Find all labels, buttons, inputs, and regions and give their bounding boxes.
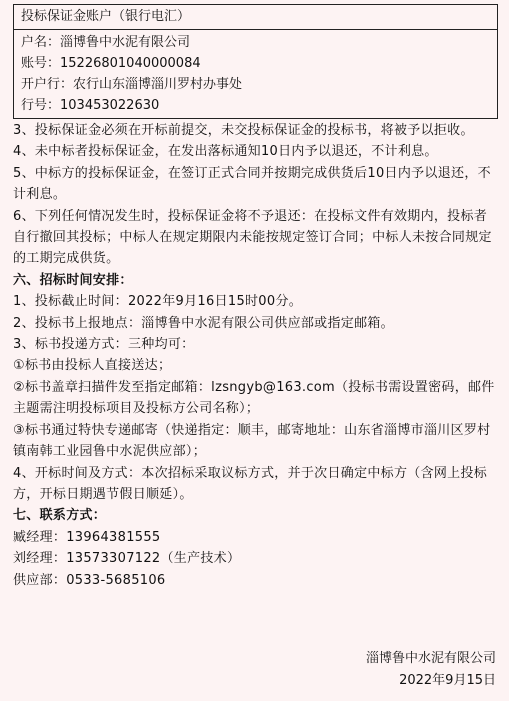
notice-body: 3、投标保证金必须在开标前提交，未交投标保证金的投标书，将被予以拒收。 4、未中… bbox=[13, 120, 498, 591]
delivery-method-3: ③标书通过特快专递邮寄（快递指定：顺丰，邮寄地址：山东省淄博市淄川区罗村镇南韩工… bbox=[13, 420, 498, 463]
schedule-delivery-methods: 3、标书投递方式：三种均可： bbox=[13, 334, 498, 355]
signature-block: 淄博鲁中水泥有限公司 2022年9月15日 bbox=[366, 648, 496, 692]
signature-company: 淄博鲁中水泥有限公司 bbox=[366, 648, 496, 670]
account-bank-row: 开户行：农行山东淄博淄川罗村办事处 bbox=[21, 74, 497, 95]
deposit-rule-3: 3、投标保证金必须在开标前提交，未交投标保证金的投标书，将被予以拒收。 bbox=[13, 120, 498, 141]
contact-supply-dept: 供应部：0533-5685106 bbox=[13, 570, 498, 591]
schedule-deadline: 1、投标截止时间：2022年9月16日15时00分。 bbox=[13, 291, 498, 312]
deposit-rule-4: 4、未中标者投标保证金，在发出落标通知10日内予以退还，不计利息。 bbox=[13, 141, 498, 162]
contact-zang: 臧经理：13964381555 bbox=[13, 527, 498, 548]
account-number-row: 账号：15226801040000084 bbox=[21, 53, 497, 74]
schedule-location: 2、投标书上报地点：淄博鲁中水泥有限公司供应部或指定邮箱。 bbox=[13, 313, 498, 334]
account-table-header: 投标保证金账户（银行电汇） bbox=[14, 5, 497, 30]
account-bank-code-row: 行号：103453022630 bbox=[21, 95, 497, 116]
bid-deposit-account-table: 投标保证金账户（银行电汇） 户名：淄博鲁中水泥有限公司 账号：152268010… bbox=[13, 4, 498, 119]
deposit-rule-6: 6、下列任何情况发生时，投标保证金将不予退还：在投标文件有效期内，投标者自行撤回… bbox=[13, 206, 498, 270]
deposit-rule-5: 5、中标方的投标保证金，在签订正式合同并按期完成供货后10日内予以退还，不计利息… bbox=[13, 163, 498, 206]
section-heading-contact: 七、联系方式： bbox=[13, 505, 498, 526]
account-table-body: 户名：淄博鲁中水泥有限公司 账号：15226801040000084 开户行：农… bbox=[14, 30, 497, 118]
schedule-opening: 4、开标时间及方式：本次招标采取议标方式，并于次日确定中标方（含网上投标方，开标… bbox=[13, 463, 498, 506]
section-heading-schedule: 六、招标时间安排： bbox=[13, 270, 498, 291]
delivery-method-1: ①标书由投标人直接送达； bbox=[13, 355, 498, 376]
account-name-row: 户名：淄博鲁中水泥有限公司 bbox=[21, 32, 497, 53]
contact-liu: 刘经理：13573307122（生产技术） bbox=[13, 548, 498, 569]
delivery-method-2: ②标书盖章扫描件发至指定邮箱：lzsngyb@163.com（投标书需设置密码，… bbox=[13, 377, 498, 420]
signature-date: 2022年9月15日 bbox=[366, 670, 496, 692]
